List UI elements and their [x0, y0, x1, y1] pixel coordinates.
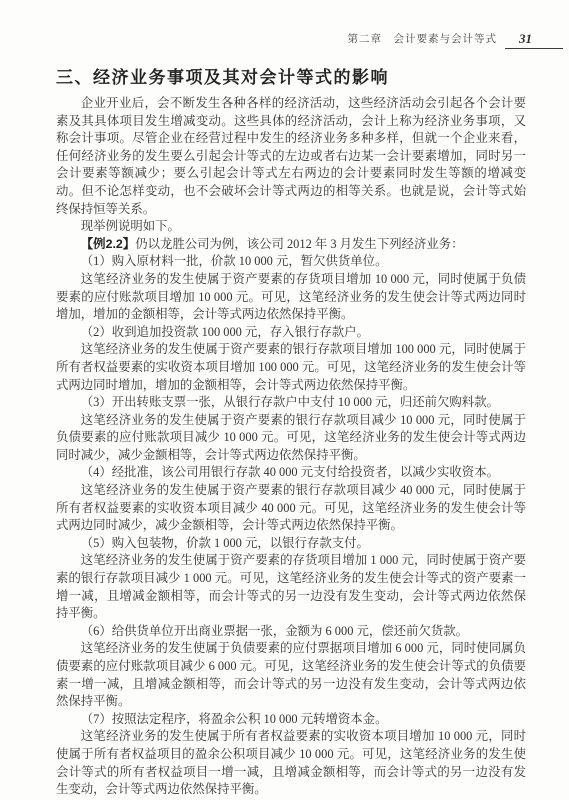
example-label: 【例2.2】 [81, 237, 135, 251]
running-head-chapter: 第二章 会计要素与会计等式 [348, 31, 498, 49]
business-item-paragraph: （1）购入原材料一批，价款 10 000 元，暂欠供货单位。 [56, 253, 526, 271]
example-paragraph: 【例2.2】仍以龙胜公司为例，该公司 2012 年 3 月发生下列经济业务： [56, 236, 526, 254]
business-item-paragraph: （6）给供货单位开出商业票据一张，金额为 6 000 元，偿还前欠货款。 [56, 623, 526, 641]
business-item-paragraph: （2）收到追加投资款 100 000 元，存入银行存款户。 [56, 324, 526, 342]
analysis-paragraph: 这笔经济业务的发生使属于所有者权益要素的实收资本项目增加 10 000 元，同时… [56, 728, 526, 798]
business-item-paragraph: （3）开出转账支票一张，从银行存款户中支付 10 000 元，归还前欠购料款。 [56, 394, 526, 412]
section-title: 三、经济业务事项及其对会计等式的影响 [56, 63, 389, 88]
analysis-paragraph: 这笔经济业务的发生使属于资产要素的存货项目增加 1 000 元，同时使属于资产要… [56, 552, 526, 622]
intro-paragraph: 企业开业后，会不断发生各种各样的经济活动，这些经济活动会引起各个会计要素及其具体… [56, 95, 526, 218]
page-header: 第二章 会计要素与会计等式 31 [0, 31, 563, 49]
analysis-paragraph: 这笔经济业务的发生使属于资产要素的银行存款项目减少 40 000 元，同时使属于… [56, 482, 526, 535]
page-container: 第二章 会计要素与会计等式 31 三、经济业务事项及其对会计等式的影响 企业开业… [0, 0, 569, 800]
page-number: 31 [519, 31, 532, 46]
content-area: 企业开业后，会不断发生各种各样的经济活动，这些经济活动会引起各个会计要素及其具体… [56, 95, 526, 799]
analysis-paragraph: 这笔经济业务的发生使属于负债要素的应付票据项目增加 6 000 元，同时使同属负… [56, 640, 526, 710]
business-item-paragraph: （5）购入包装物，价款 1 000 元，以银行存款支付。 [56, 535, 526, 553]
analysis-paragraph: 这笔经济业务的发生使属于资产要素的银行存款项目减少 10 000 元，同时使属于… [56, 412, 526, 465]
example-text: 仍以龙胜公司为例，该公司 2012 年 3 月发生下列经济业务： [135, 237, 463, 251]
lead-in-paragraph: 现举例说明如下。 [56, 218, 526, 236]
business-item-paragraph: （7）按照法定程序，将盈余公积 10 000 元转增资本金。 [56, 711, 526, 729]
business-item-paragraph: （4）经批准，该公司用银行存款 40 000 元支付给投资者，以减少实收资本。 [56, 464, 526, 482]
page-number-underline: 31 [505, 31, 563, 49]
analysis-paragraph: 这笔经济业务的发生使属于资产要素的银行存款项目增加 100 000 元，同时使属… [56, 341, 526, 394]
analysis-paragraph: 这笔经济业务的发生使属于资产要素的存货项目增加 10 000 元，同时使属于负债… [56, 271, 526, 324]
